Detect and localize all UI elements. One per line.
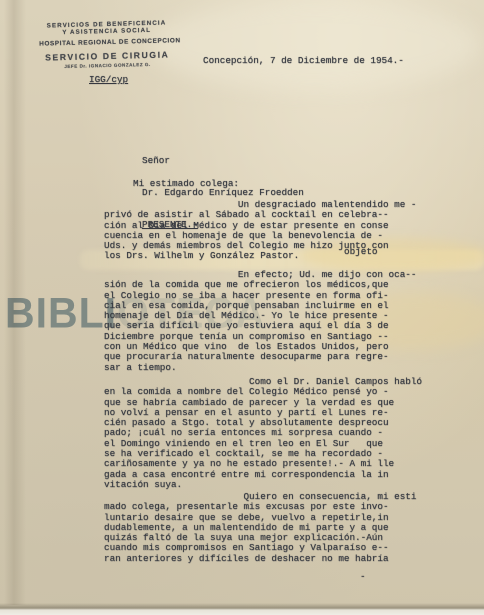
paper-crease — [4, 0, 26, 605]
recipient-name: Dr. Edgardo Enríquez Froedden — [142, 188, 304, 199]
stamp-hospital-line: HOSPITAL REGIONAL DE CONCEPCION — [22, 37, 198, 48]
recipient-title: Señor — [142, 156, 304, 167]
salutation: Mi estimado colega: — [133, 179, 239, 189]
scan-bottom-edge — [0, 603, 484, 615]
paragraph-4: Quiero en consecuencia, mi esti mado col… — [104, 492, 416, 564]
typist-reference: IGG/cyp — [89, 75, 128, 85]
watermark-visible-letters: BIBLI — [5, 289, 117, 337]
date-line: Concepción, 7 de Diciembre de 1954.- — [203, 56, 404, 66]
scanned-letter-page: BIBLIOTECA SERVICIOS DE BENEFICENCIA Y A… — [0, 0, 484, 615]
paragraph-3: Como el Dr. Daniel Campos habló en la co… — [104, 377, 422, 490]
paragraph-2: En efecto; Ud. me dijo con oca-- sión de… — [104, 270, 416, 373]
stray-dash-mark: - — [360, 572, 366, 582]
stamp-chief-line: JEFE Dr. IGNACIO GONZALEZ G. — [28, 61, 186, 70]
letterhead-stamp: SERVICIOS DE BENEFICENCIA Y ASISTENCIA S… — [27, 19, 186, 70]
paper-light-area — [150, 0, 480, 90]
typed-insertion-objeto: objeto — [344, 247, 377, 257]
